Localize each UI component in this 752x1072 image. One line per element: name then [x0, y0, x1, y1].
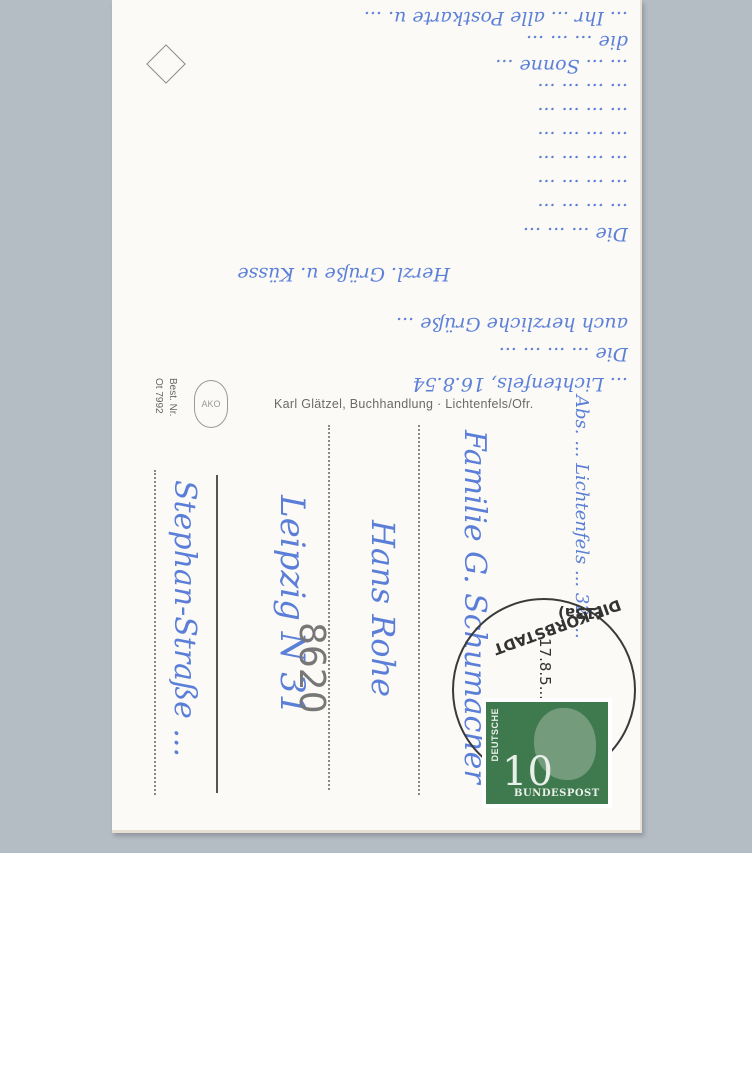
address-line — [418, 425, 420, 795]
message-line: Die ... ... ... ... — [123, 343, 628, 365]
message-line: ... ... ... ... — [123, 199, 628, 221]
postal-code: 8620 — [291, 622, 332, 714]
postmark-date: 17.8.5... — [536, 638, 554, 700]
series-label: Best. Nr. — [167, 378, 178, 416]
series-number: Ot 7992 — [153, 378, 164, 414]
message-line: ... ... ... ... — [123, 127, 628, 149]
address-line-text: Hans Rohe — [364, 520, 402, 697]
message-line: Herzl. Grüße u. Küsse — [0, 263, 450, 285]
message-line: ... ... Sonne ... — [123, 55, 628, 77]
publisher-mark: AKO Best. Nr. Ot 7992 — [150, 374, 218, 436]
postmark-number: (13a) — [558, 604, 603, 622]
publisher-line: Karl Glätzel, Buchhandlung · Lichtenfels… — [274, 397, 533, 411]
postcard: ... Lichtenfels, 16.8.54 Die ... ... ...… — [112, 0, 642, 833]
message-line: Die ... ... ... — [123, 223, 628, 245]
message-line: ... ... ... ... — [123, 175, 628, 197]
message-block: ... Lichtenfels, 16.8.54 Die ... ... ...… — [112, 0, 640, 395]
message-line: die ... ... ... — [123, 31, 628, 53]
message-line: auch herzliche Grüße ... — [123, 313, 628, 335]
message-line: ... ... ... ... — [123, 79, 628, 101]
address-line — [216, 475, 218, 793]
stamp-country: DEUTSCHE — [490, 708, 500, 762]
message-line: ... Ihr ... alle Postkarte u. ... — [123, 7, 628, 29]
divider-line — [154, 470, 156, 795]
postage-stamp: DEUTSCHE 10 BUNDESPOST — [482, 698, 612, 808]
address-line — [328, 425, 330, 790]
stamp-face: DEUTSCHE 10 BUNDESPOST — [486, 702, 608, 804]
stamp-value: 10 — [502, 752, 553, 792]
address-line-text: Stephan-Straße ... — [167, 480, 202, 757]
stamp-issuer: BUNDESPOST — [514, 788, 600, 799]
publisher-logo-icon: AKO — [194, 380, 228, 428]
message-line: ... ... ... ... — [123, 103, 628, 125]
message-line: ... ... ... ... — [123, 151, 628, 173]
